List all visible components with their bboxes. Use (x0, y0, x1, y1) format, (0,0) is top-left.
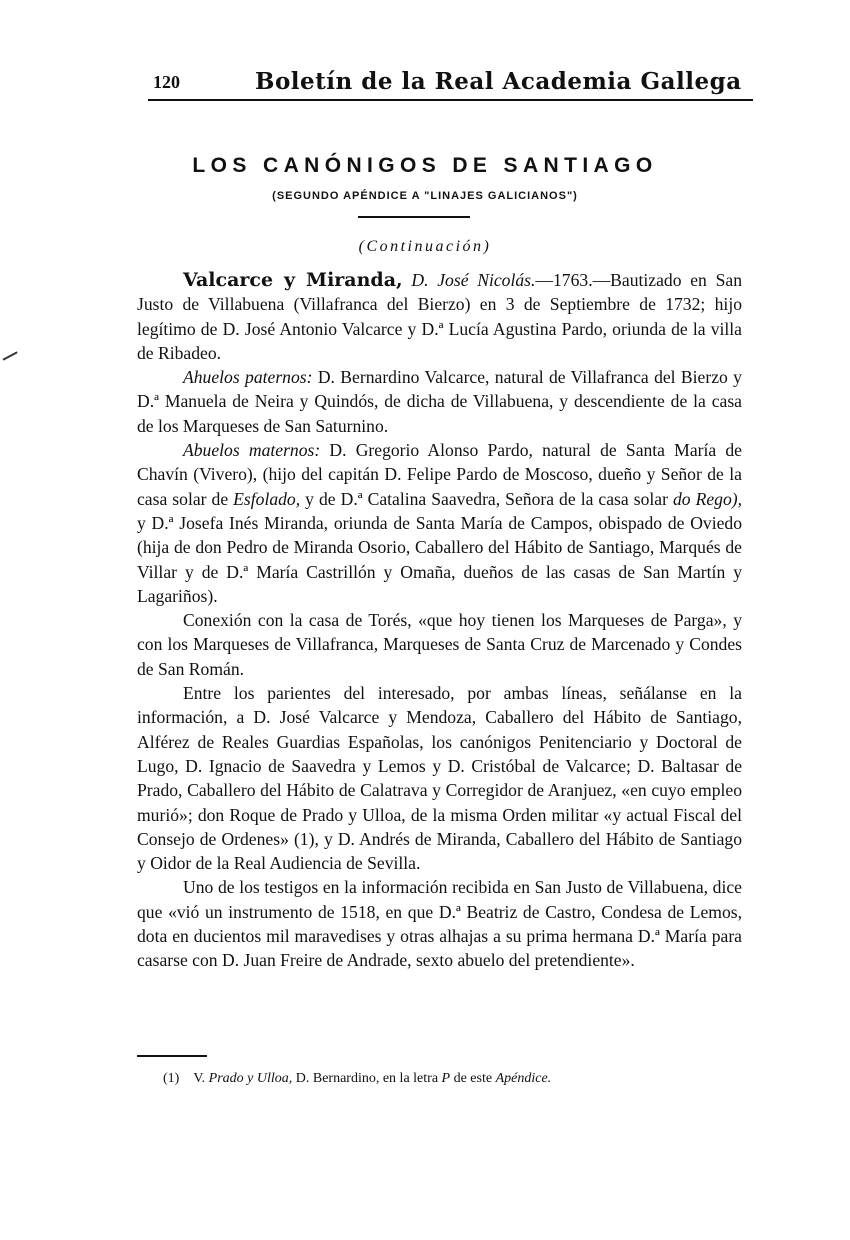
footnote-italic-b: P (442, 1071, 451, 1086)
footnote-rule (137, 1055, 207, 1057)
footnote-number: (1) (163, 1071, 179, 1086)
paragraph-relatives: Entre los parientes del interesado, por … (137, 681, 742, 875)
footnote-prefix: V. (193, 1071, 208, 1086)
paragraph-entry: Valcarce y Miranda, D. José Nicolás.—176… (137, 268, 742, 365)
article-title: LOS CANÓNIGOS DE SANTIAGO (0, 154, 850, 178)
journal-title: Boletín de la Real Academia Gallega (255, 68, 742, 95)
header-rule (148, 99, 753, 101)
article-body: Valcarce y Miranda, D. José Nicolás.—176… (137, 268, 742, 973)
running-head: 120 Boletín de la Real Academia Gallega (153, 70, 753, 98)
footnote: (1)V. Prado y Ulloa, D. Bernardino, en l… (163, 1071, 763, 1087)
page-number: 120 (153, 72, 180, 93)
margin-pen-mark (3, 351, 18, 360)
continuation-label: (Continuación) (0, 238, 850, 256)
entry-name: Valcarce y Miranda, (183, 269, 403, 291)
paragraph-maternal-grandparents: Abuelos maternos: D. Gregorio Alonso Par… (137, 438, 742, 608)
paternal-label: Ahuelos paternos: (183, 367, 312, 387)
maternal-text-c: y D.ª Josefa Inés Miranda, oriunda de Sa… (137, 513, 742, 606)
paragraph-connections: Conexión con la casa de Torés, «que hoy … (137, 608, 742, 681)
paragraph-witness: Uno de los testigos en la información re… (137, 875, 742, 972)
entry-person: D. José Nicolás. (411, 270, 535, 290)
maternal-text-b: y de D.ª Catalina Saa­vedra, Señora de l… (300, 489, 673, 509)
article-subtitle: (SEGUNDO APÉNDICE A "LINAJES GALICIANOS"… (0, 190, 850, 202)
footnote-text: D. Bernardino, en la letra (292, 1071, 441, 1086)
paragraph-paternal-grandparents: Ahuelos paternos: D. Bernardino Valcarce… (137, 365, 742, 438)
maternal-italic-a: Esfolado, (233, 489, 300, 509)
maternal-label: Abuelos maternos: (183, 440, 320, 460)
footnote-text-b: de este (450, 1071, 495, 1086)
footnote-italic-c: Apéndice. (496, 1071, 552, 1086)
footnote-italic-a: Prado y Ulloa, (209, 1071, 293, 1086)
title-divider (358, 216, 470, 218)
maternal-italic-b: do Rego), (673, 489, 742, 509)
